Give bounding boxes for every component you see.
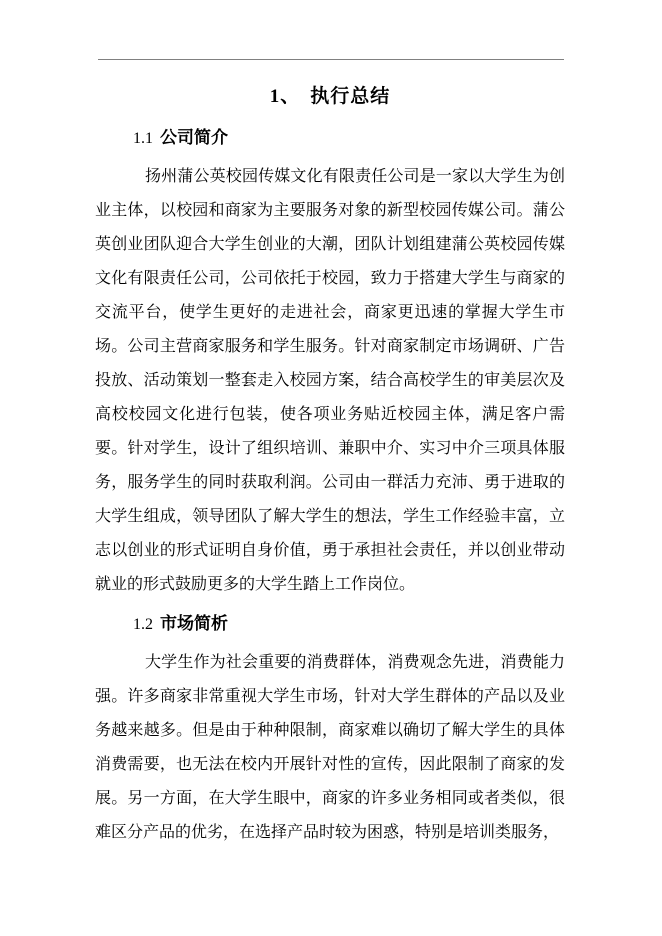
page-title-number: 1、	[270, 86, 301, 107]
section-number: 1.2	[133, 616, 153, 633]
section-1-1-paragraph: 扬州蒲公英校园传媒文化有限责任公司是一家以大学生为创业主体，以校园和商家为主要服…	[95, 160, 565, 602]
section-heading-text: 公司简介	[160, 128, 228, 147]
section-heading-1-2: 1.2市场简析	[95, 613, 565, 636]
section-heading-1-1: 1.1公司简介	[95, 127, 565, 150]
page-title: 1、执行总结	[95, 84, 565, 110]
section-heading-text: 市场简析	[160, 614, 228, 633]
section-number: 1.1	[133, 130, 153, 147]
header-divider	[98, 59, 564, 60]
page-content: 1、执行总结 1.1公司简介 扬州蒲公英校园传媒文化有限责任公司是一家以大学生为…	[95, 78, 565, 850]
document-page: 1、执行总结 1.1公司简介 扬州蒲公英校园传媒文化有限责任公司是一家以大学生为…	[0, 0, 662, 936]
page-title-text: 执行总结	[310, 86, 390, 107]
section-1-2-paragraph: 大学生作为社会重要的消费群体，消费观念先进，消费能力强。许多商家非常重视大学生市…	[95, 646, 565, 850]
